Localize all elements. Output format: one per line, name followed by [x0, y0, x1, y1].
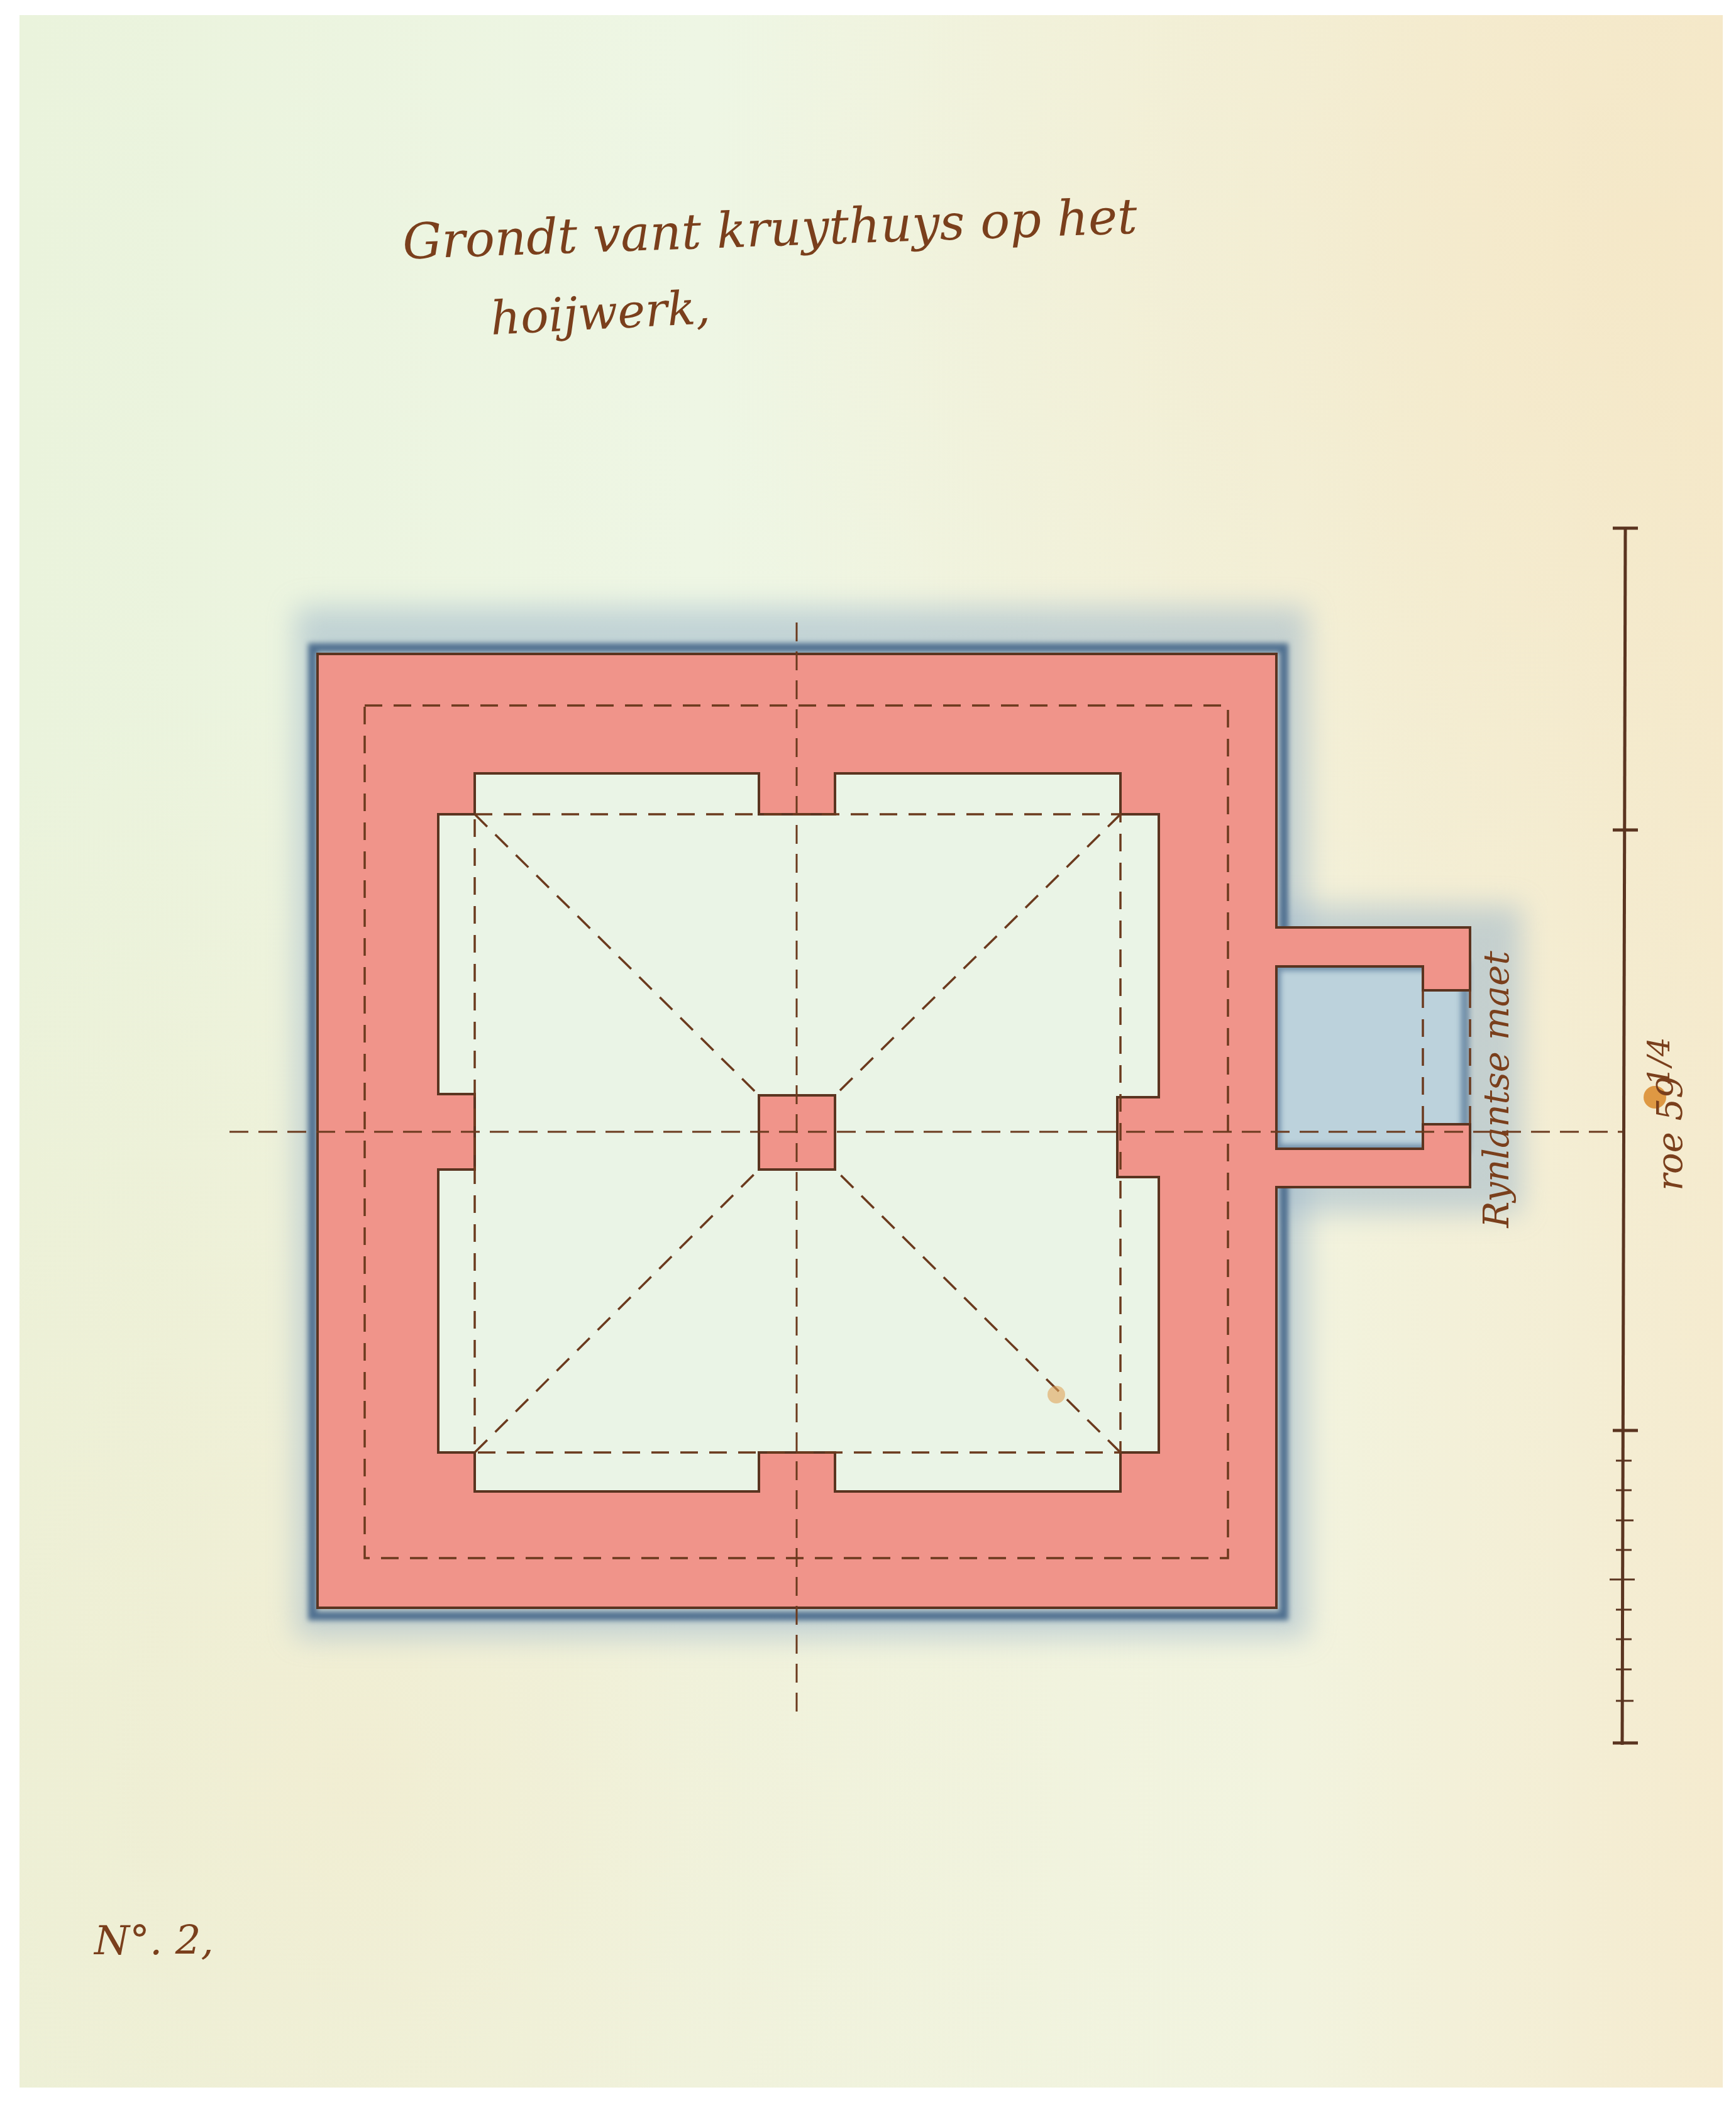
scale-value: roe 59	[1650, 1076, 1691, 1191]
title-line-2: hoijwerk,	[489, 280, 712, 346]
scale-label: Rynlantse maet	[1476, 951, 1517, 1228]
annex-interior	[1276, 966, 1465, 1149]
folio-number: N°. 2,	[94, 1918, 214, 1964]
scale-fraction: 1/4	[1642, 1037, 1677, 1085]
scale-bar	[1610, 528, 1638, 1745]
